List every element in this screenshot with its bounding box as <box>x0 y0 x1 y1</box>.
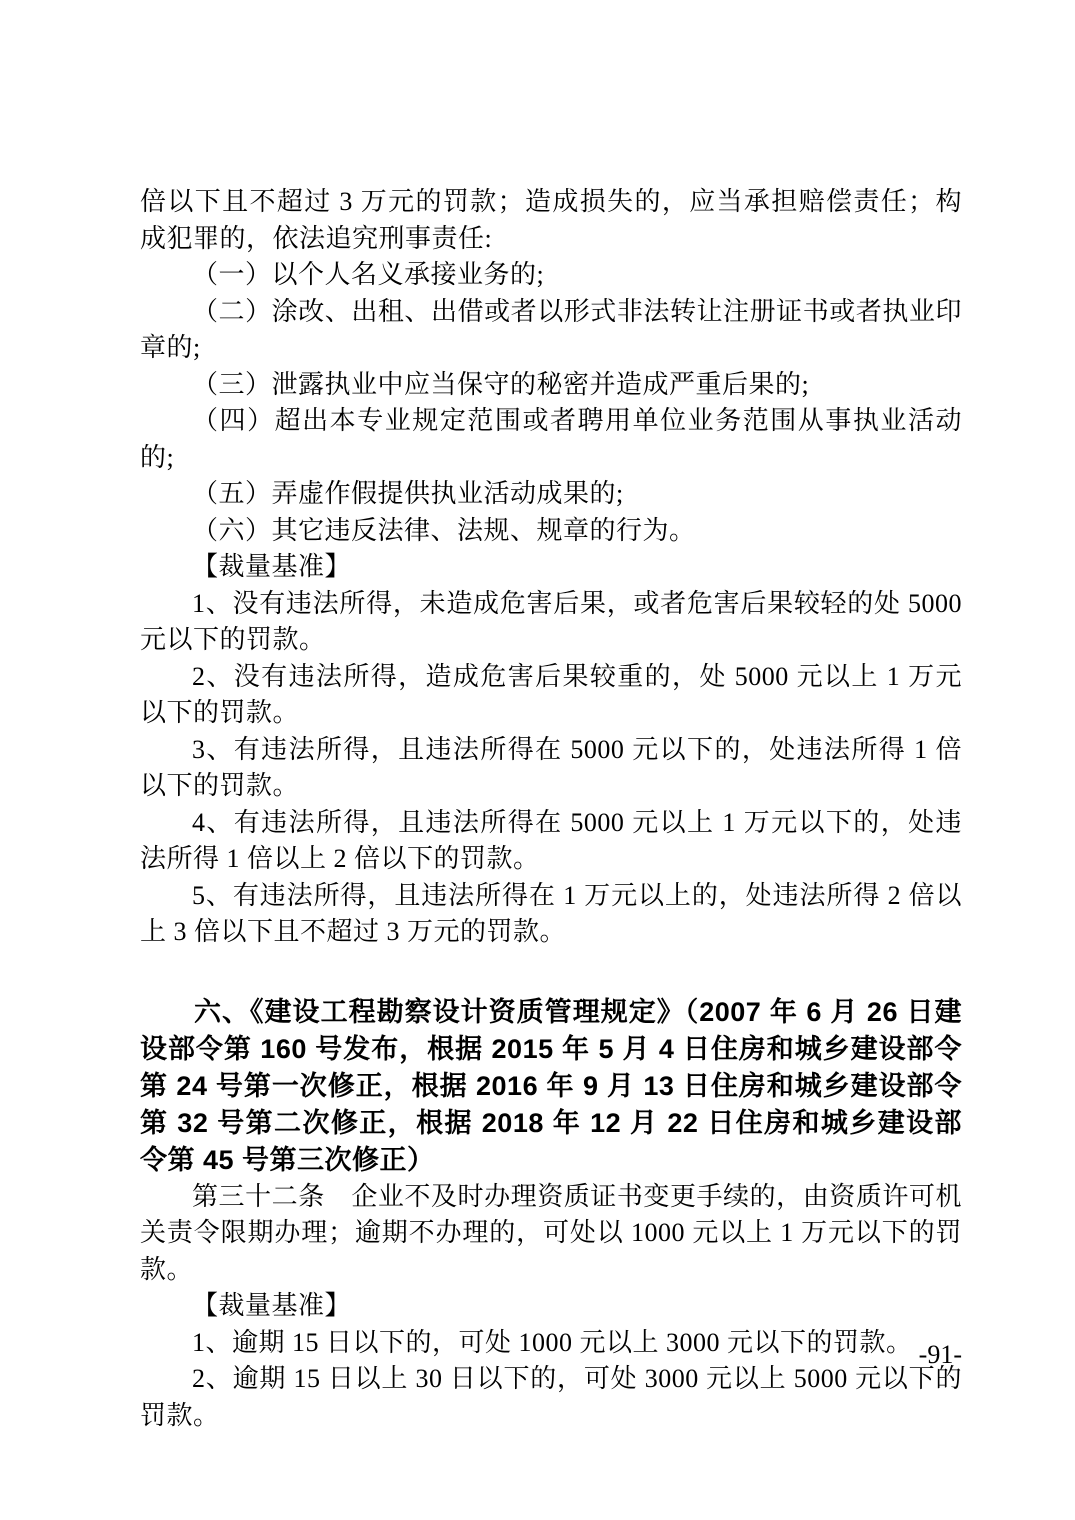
paragraph-rule-5: 5、有违法所得，且违法所得在 1 万元以上的，处违法所得 2 倍以上 3 倍以下… <box>140 878 962 951</box>
paragraph-item-1: （一）以个人名义承接业务的; <box>140 257 962 294</box>
document-body: 倍以下且不超过 3 万元的罚款；造成损失的，应当承担赔偿责任；构成犯罪的，依法追… <box>140 184 962 1434</box>
section-heading-regulation: 六、《建设工程勘察设计资质管理规定》（2007 年 6 月 26 日建设部令第 … <box>140 994 962 1179</box>
document-page: 倍以下且不超过 3 万元的罚款；造成损失的，应当承担赔偿责任；构成犯罪的，依法追… <box>0 0 1075 1520</box>
paragraph-item-5: （五）弄虚作假提供执业活动成果的; <box>140 476 962 513</box>
paragraph-item-4: （四）超出本专业规定范围或者聘用单位业务范围从事执业活动的; <box>140 403 962 476</box>
paragraph-item-3: （三）泄露执业中应当保守的秘密并造成严重后果的; <box>140 367 962 404</box>
paragraph-rule-2: 2、没有违法所得，造成危害后果较重的，处 5000 元以上 1 万元以下的罚款。 <box>140 659 962 732</box>
section-label-discretion-basis-2: 【裁量基准】 <box>140 1288 962 1325</box>
paragraph-rule-1: 1、没有违法所得，未造成危害后果，或者危害后果较轻的处 5000 元以下的罚款。 <box>140 586 962 659</box>
section-label-discretion-basis: 【裁量基准】 <box>140 549 962 586</box>
paragraph-article-32: 第三十二条 企业不及时办理资质证书变更手续的，由资质许可机关责令限期办理；逾期不… <box>140 1179 962 1289</box>
paragraph-rule-overdue-1: 1、逾期 15 日以下的，可处 1000 元以上 3000 元以下的罚款。 <box>140 1325 962 1362</box>
paragraph-rule-3: 3、有违法所得，且违法所得在 5000 元以下的，处违法所得 1 倍以下的罚款。 <box>140 732 962 805</box>
page-number: -91- <box>919 1340 962 1370</box>
paragraph-rule-overdue-2: 2、逾期 15 日以上 30 日以下的，可处 3000 元以上 5000 元以下… <box>140 1361 962 1434</box>
paragraph-rule-4: 4、有违法所得，且违法所得在 5000 元以上 1 万元以下的，处违法所得 1 … <box>140 805 962 878</box>
paragraph-item-6: （六）其它违反法律、法规、规章的行为。 <box>140 513 962 550</box>
paragraph-item-2: （二）涂改、出租、出借或者以形式非法转让注册证书或者执业印章的; <box>140 294 962 367</box>
paragraph-continuation: 倍以下且不超过 3 万元的罚款；造成损失的，应当承担赔偿责任；构成犯罪的，依法追… <box>140 184 962 257</box>
